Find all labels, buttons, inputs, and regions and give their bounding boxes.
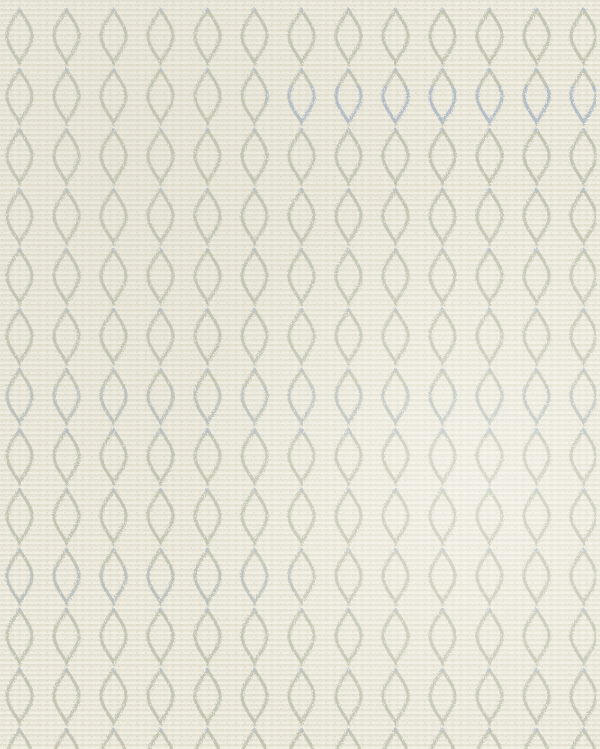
rug-texture-image <box>0 0 600 749</box>
lighting-shade <box>0 0 600 749</box>
